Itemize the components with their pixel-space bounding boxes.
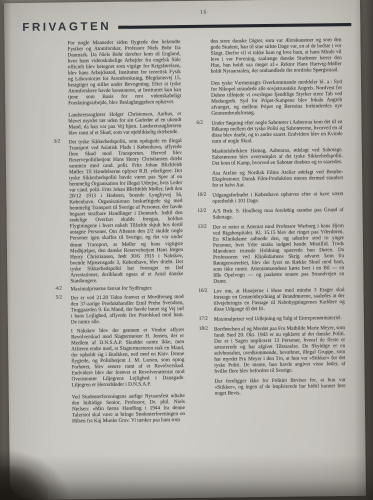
entry-date: 16/2 bbox=[198, 288, 213, 312]
column-left: For nogle Maaneder siden flygtede den be… bbox=[52, 39, 185, 457]
news-entry: I Nakskov blev der gennem et Vindue affy… bbox=[56, 327, 185, 389]
news-entry: 17/2 Maximalpriser ved Udlejning og Salg… bbox=[199, 315, 345, 323]
news-entry: 16/2 Lov om, at Husejerne i Huse med min… bbox=[198, 287, 344, 313]
entry-date bbox=[195, 39, 210, 75]
entry-text: Udgangsforbudet i København ophæves efte… bbox=[212, 191, 343, 205]
news-entry: Maskinfabrikken Hamag, Aabenraa, ødelagt… bbox=[197, 147, 343, 167]
entry-date: 17/2 bbox=[199, 316, 214, 322]
entry-text: Der er rettet et Attentat mod Professor … bbox=[213, 223, 345, 285]
news-entry: 12/2 A/S Brdr. S. Houlberg maa foreløbig… bbox=[197, 207, 343, 221]
entry-text: Lov om, at Husejerne i Huse med mindst 3… bbox=[213, 287, 344, 313]
news-entry: 13/2 Der er rettet et Attentat mod Profe… bbox=[198, 223, 345, 285]
entry-date: 4/2 bbox=[55, 287, 70, 293]
entry-date: 3/2 bbox=[54, 139, 71, 284]
entry-text: Maximalpriser ved Udlejning og Salg af E… bbox=[214, 315, 345, 323]
column-right: den store danske Digter, som var Æreskun… bbox=[195, 37, 346, 455]
entry-date: 12/2 bbox=[197, 208, 212, 220]
news-entry: 4/2 Maximalpriserne fastsat for Sydfrugt… bbox=[55, 285, 183, 293]
entry-text: Maskinfabrikken Hamag, Aabenraa, ødelagt… bbox=[212, 147, 343, 167]
entry-text: Det tyske Sikkerhedspoliti, som opdagede… bbox=[69, 138, 184, 284]
entry-text: Ved Studenterforeningens aarlige Nytaars… bbox=[72, 393, 185, 425]
entry-text: Maximalpriserne fastsat for Sydfrugter. bbox=[70, 285, 183, 292]
news-entry: 18/2 Bortførelsen af og Mordet paa Fru M… bbox=[199, 325, 346, 375]
news-entry: Ved Studenterforeningens aarlige Nytaars… bbox=[57, 393, 185, 425]
entry-text: Bortførelsen af og Mordet paa Fru Mathil… bbox=[214, 325, 346, 375]
news-entry: For nogle Maaneder siden flygtede den be… bbox=[52, 39, 181, 107]
news-entry: Landsretssagfører Holger Christensen, Aa… bbox=[53, 111, 181, 137]
entry-text: For nogle Maaneder siden flygtede den be… bbox=[67, 39, 181, 107]
news-entry: 6/2 Under Søgning efter nogle Sabotører … bbox=[196, 119, 342, 145]
newspaper-page: 16 FRIVAGTEN For nogle Maaneder siden fl… bbox=[4, 0, 366, 500]
entry-text: Der foreligger ikke for Politiet Beviser… bbox=[215, 377, 346, 397]
photo-background: 16 FRIVAGTEN For nogle Maaneder siden fl… bbox=[0, 0, 373, 500]
entry-text: Under Søgning efter nogle Sabotører i Aa… bbox=[211, 119, 342, 145]
entry-text: Den tyske Værnemagts Overkommando meddel… bbox=[211, 79, 342, 117]
masthead-rule bbox=[118, 23, 351, 28]
entry-date bbox=[197, 170, 212, 188]
entry-date bbox=[197, 149, 212, 167]
masthead-title: FRIVAGTEN bbox=[22, 21, 111, 34]
entry-text: Der er ved 21.20 Tiden forøvet et Mordfo… bbox=[71, 294, 184, 326]
entry-date: 10/2 bbox=[197, 192, 212, 204]
news-entry: 5/2 Der er ved 21.20 Tiden forøvet et Mo… bbox=[56, 294, 184, 326]
entry-date bbox=[53, 112, 68, 136]
news-entry: Asa Atelier og Nordisk Films Atelier øde… bbox=[197, 169, 343, 189]
entry-date bbox=[56, 328, 72, 389]
news-entry: 3/2 Det tyske Sikkerhedspoliti, som opda… bbox=[54, 138, 184, 285]
entry-date: 5/2 bbox=[56, 295, 71, 325]
page-number: 16 bbox=[200, 10, 207, 16]
entry-text: Asa Atelier og Nordisk Films Atelier øde… bbox=[212, 169, 343, 189]
entry-text: den store danske Digter, som var Æreskun… bbox=[210, 37, 341, 75]
entry-date bbox=[52, 40, 68, 107]
news-entry: den store danske Digter, som var Æreskun… bbox=[195, 37, 341, 75]
masthead-header: FRIVAGTEN bbox=[22, 18, 351, 34]
news-entry: 10/2 Udgangsforbudet i København ophæves… bbox=[197, 191, 343, 205]
entry-date: 13/2 bbox=[198, 224, 214, 285]
entry-date bbox=[57, 394, 72, 424]
text-columns: For nogle Maaneder siden flygtede den be… bbox=[52, 37, 353, 457]
entry-date: 18/2 bbox=[199, 326, 215, 375]
entry-text: A/S Brdr. S. Houlberg maa foreløbig stan… bbox=[212, 207, 343, 221]
entry-text: Landsretssagfører Holger Christensen, Aa… bbox=[68, 111, 181, 137]
news-entry: Den tyske Værnemagts Overkommando meddel… bbox=[196, 79, 342, 117]
news-entry: Der foreligger ikke for Politiet Beviser… bbox=[200, 377, 346, 397]
entry-date bbox=[200, 378, 215, 396]
entry-date bbox=[196, 80, 211, 116]
entry-text: I Nakskov blev der gennem et Vindue affy… bbox=[71, 327, 185, 389]
entry-date: 6/2 bbox=[196, 121, 211, 145]
